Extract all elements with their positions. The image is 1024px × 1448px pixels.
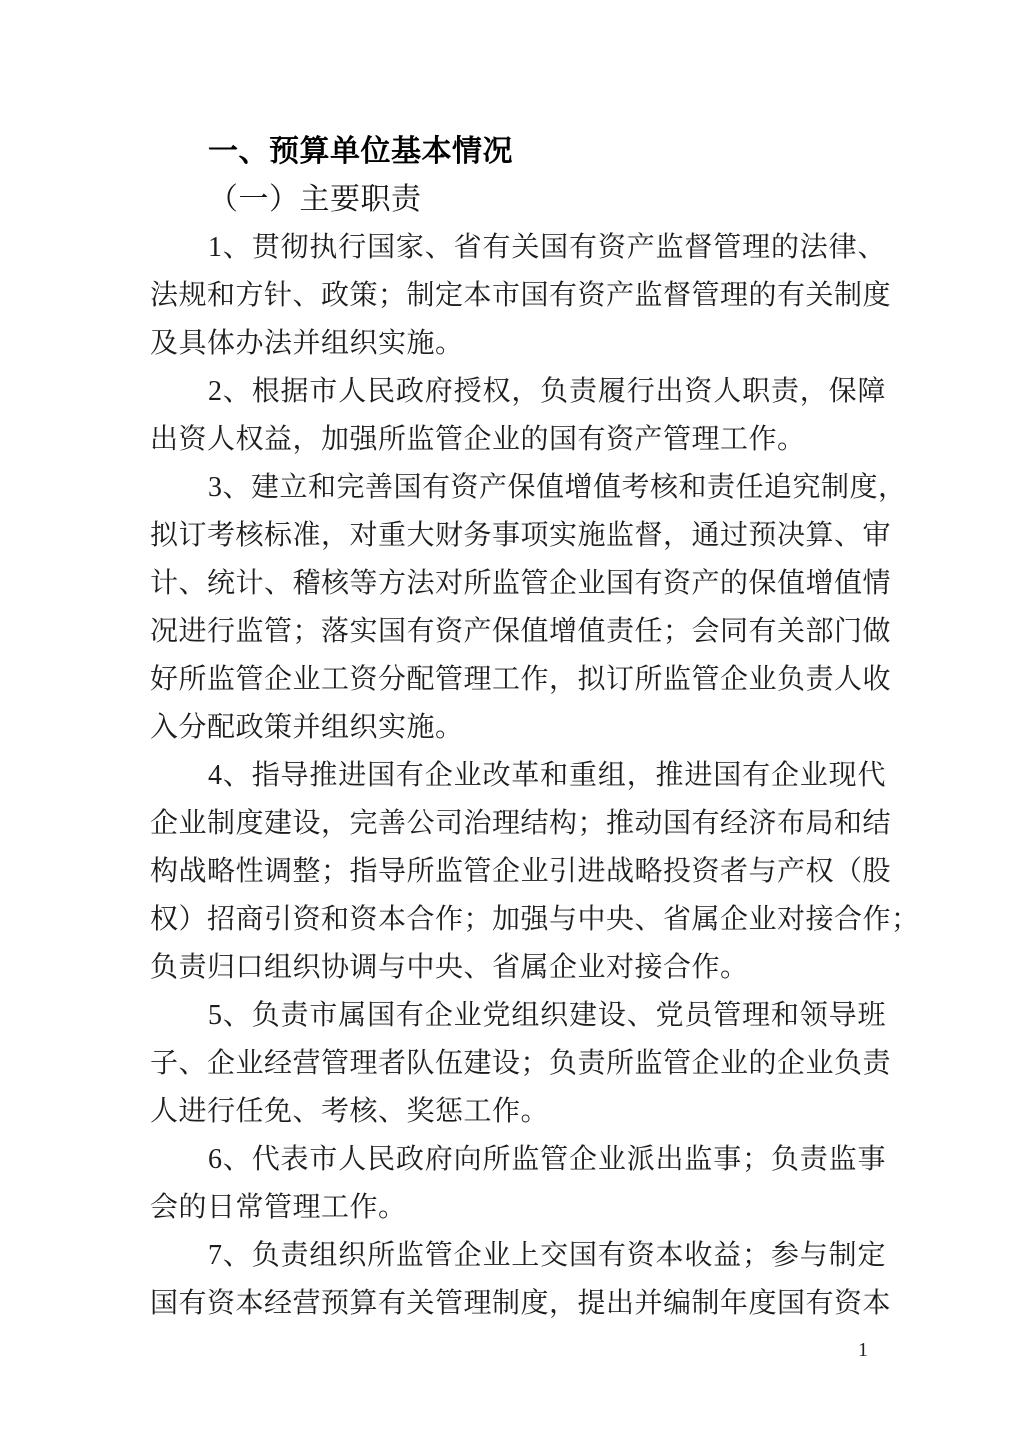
paragraph: 4、指导推进国有企业改革和重组，推进国有企业现代企业制度建设，完善公司治理结构；… [150, 752, 886, 992]
text-line: 拟订考核标准，对重大财务事项实施监督，通过预决算、审 [150, 512, 886, 560]
paragraph: 6、代表市人民政府向所监管企业派出监事；负责监事会的日常管理工作。 [150, 1136, 886, 1232]
text-line: 4、指导推进国有企业改革和重组，推进国有企业现代 [150, 752, 886, 800]
paragraph: 5、负责市属国有企业党组织建设、党员管理和领导班子、企业经营管理者队伍建设；负责… [150, 992, 886, 1136]
text-line: 负责归口组织协调与中央、省属企业对接合作。 [150, 944, 886, 992]
text-line: 子、企业经营管理者队伍建设；负责所监管企业的企业负责 [150, 1040, 886, 1088]
text-line: 构战略性调整；指导所监管企业引进战略投资者与产权（股 [150, 848, 886, 896]
paragraph: 2、根据市人民政府授权，负责履行出资人职责，保障出资人权益，加强所监管企业的国有… [150, 368, 886, 464]
document-page: 一、预算单位基本情况（一）主要职责1、贯彻执行国家、省有关国有资产监督管理的法律… [0, 0, 1024, 1448]
text-line: 好所监管企业工资分配管理工作，拟订所监管企业负责人收 [150, 656, 886, 704]
text-line: 企业制度建设，完善公司治理结构；推动国有经济布局和结 [150, 800, 886, 848]
text-line: 3、建立和完善国有资产保值增值考核和责任追究制度， [150, 464, 886, 512]
document-content: 一、预算单位基本情况（一）主要职责1、贯彻执行国家、省有关国有资产监督管理的法律… [150, 128, 886, 1328]
text-line: 6、代表市人民政府向所监管企业派出监事；负责监事 [150, 1136, 886, 1184]
text-line: 5、负责市属国有企业党组织建设、党员管理和领导班 [150, 992, 886, 1040]
page-number: 1 [848, 1338, 878, 1362]
text-line: 7、负责组织所监管企业上交国有资本收益；参与制定 [150, 1232, 886, 1280]
heading: 一、预算单位基本情况 [150, 128, 886, 176]
text-line: 入分配政策并组织实施。 [150, 704, 886, 752]
paragraph: 7、负责组织所监管企业上交国有资本收益；参与制定国有资本经营预算有关管理制度，提… [150, 1232, 886, 1328]
text-line: 法规和方针、政策；制定本市国有资产监督管理的有关制度 [150, 272, 886, 320]
text-line: 权）招商引资和资本合作；加强与中央、省属企业对接合作； [150, 896, 886, 944]
text-line: 会的日常管理工作。 [150, 1184, 886, 1232]
text-line: 及具体办法并组织实施。 [150, 320, 886, 368]
text-line: 计、统计、稽核等方法对所监管企业国有资产的保值增值情 [150, 560, 886, 608]
text-line: 出资人权益，加强所监管企业的国有资产管理工作。 [150, 416, 886, 464]
text-line: 国有资本经营预算有关管理制度，提出并编制年度国有资本 [150, 1280, 886, 1328]
text-line: （一）主要职责 [150, 176, 886, 224]
text-line: 人进行任免、考核、奖惩工作。 [150, 1088, 886, 1136]
text-line: 一、预算单位基本情况 [150, 128, 886, 176]
text-line: 1、贯彻执行国家、省有关国有资产监督管理的法律、 [150, 224, 886, 272]
subheading: （一）主要职责 [150, 176, 886, 224]
paragraph: 3、建立和完善国有资产保值增值考核和责任追究制度，拟订考核标准，对重大财务事项实… [150, 464, 886, 752]
text-line: 2、根据市人民政府授权，负责履行出资人职责，保障 [150, 368, 886, 416]
text-line: 况进行监管；落实国有资产保值增值责任；会同有关部门做 [150, 608, 886, 656]
paragraph: 1、贯彻执行国家、省有关国有资产监督管理的法律、法规和方针、政策；制定本市国有资… [150, 224, 886, 368]
